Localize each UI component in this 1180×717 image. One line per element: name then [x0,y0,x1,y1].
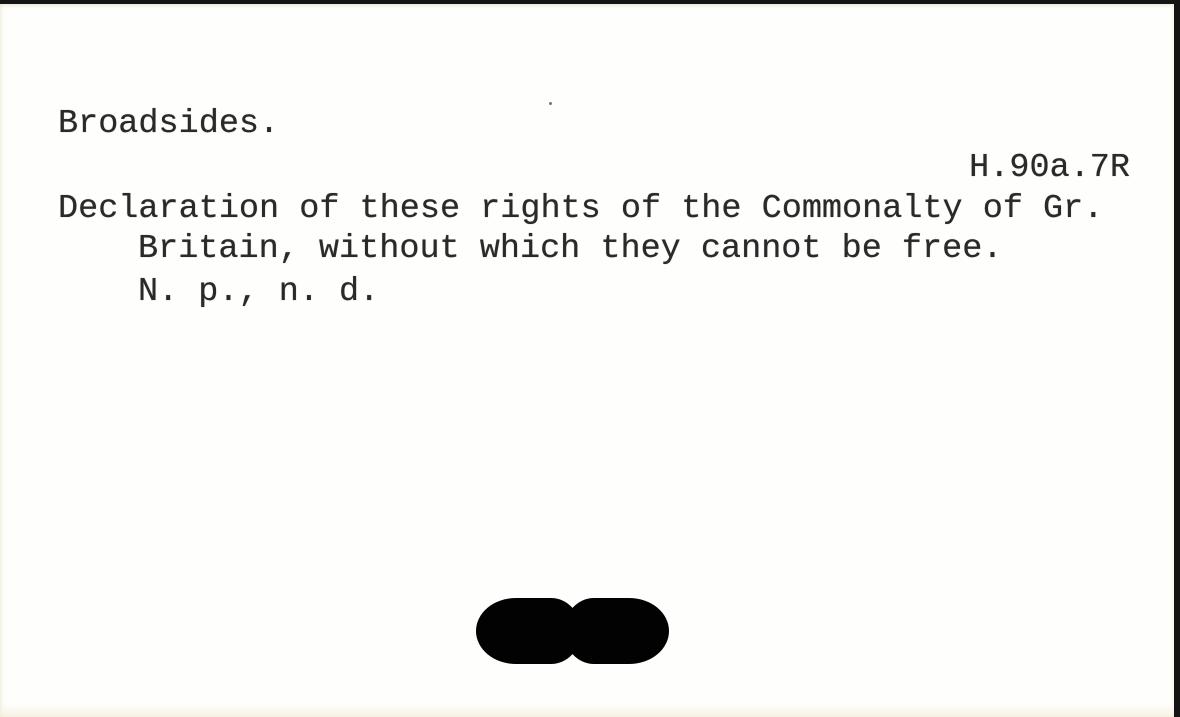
scan-background: Broadsides. H.90a.7R Declaration of thes… [0,0,1180,717]
dust-speck [549,102,552,105]
catalog-card: Broadsides. H.90a.7R Declaration of thes… [0,4,1174,717]
title-line-2: Britain, without which they cannot be fr… [138,233,1002,267]
punch-hole [476,598,669,664]
subject-heading: Broadsides. [58,108,279,142]
call-number: H.90a.7R [969,152,1130,186]
imprint: N. p., n. d. [138,276,379,310]
punch-hole-right-lobe [564,598,669,664]
title-line-1: Declaration of these rights of the Commo… [58,193,1103,227]
